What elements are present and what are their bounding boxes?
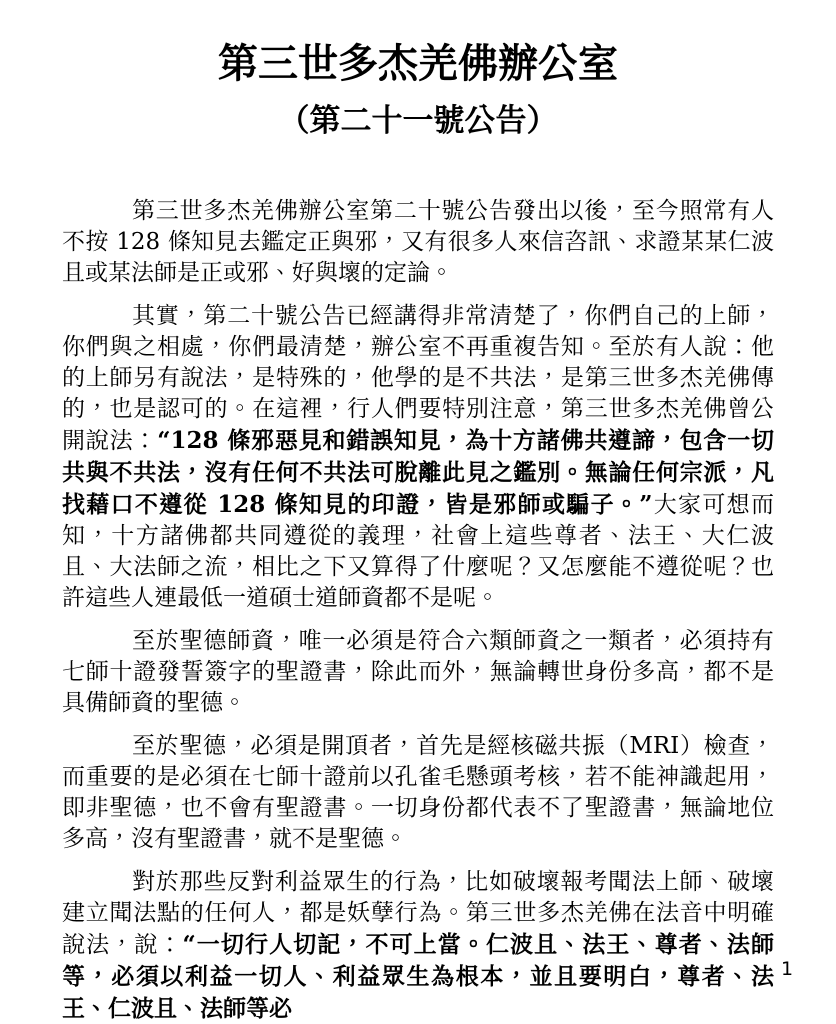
paragraph-1: 第三世多杰羌佛辦公室第二十號公告發出以後，至今照常有人不按 128 條知見去鑑定… [62, 196, 774, 289]
paragraph-3-run-1: 至於聖德師資，唯一必須是符合六類師資之一類者，必須持有七師十證發誓簽字的聖證書，… [62, 628, 774, 716]
page-number: 1 [781, 958, 793, 980]
paragraph-3: 至於聖德師資，唯一必須是符合六類師資之一類者，必須持有七師十證發誓簽字的聖證書，… [62, 626, 774, 719]
paragraph-2: 其實，第二十號公告已經講得非常清楚了，你們自己的上師，你們與之相處，你們最清楚，… [62, 301, 774, 614]
paragraph-4: 至於聖德，必須是開頂者，首先是經核磁共振（MRI）檢查，而重要的是必須在七師十證… [62, 731, 774, 855]
paragraph-4-run-1: 至於聖德，必須是開頂者，首先是經核磁共振（MRI）檢查，而重要的是必須在七師十證… [62, 733, 774, 852]
document-page: 第三世多杰羌佛辦公室 （第二十一號公告） 第三世多杰羌佛辦公室第二十號公告發出以… [0, 0, 836, 1024]
document-subtitle: （第二十一號公告） [62, 103, 774, 140]
document-title: 第三世多杰羌佛辦公室 [62, 40, 774, 88]
paragraph-1-run-1: 第三世多杰羌佛辦公室第二十號公告發出以後，至今照常有人不按 128 條知見去鑑定… [62, 198, 774, 286]
paragraph-5: 對於那些反對利益眾生的行為，比如破壞報考聞法上師、破壞建立聞法點的任何人，都是妖… [62, 867, 774, 1024]
document-body: 第三世多杰羌佛辦公室第二十號公告發出以後，至今照常有人不按 128 條知見去鑑定… [62, 196, 774, 1024]
